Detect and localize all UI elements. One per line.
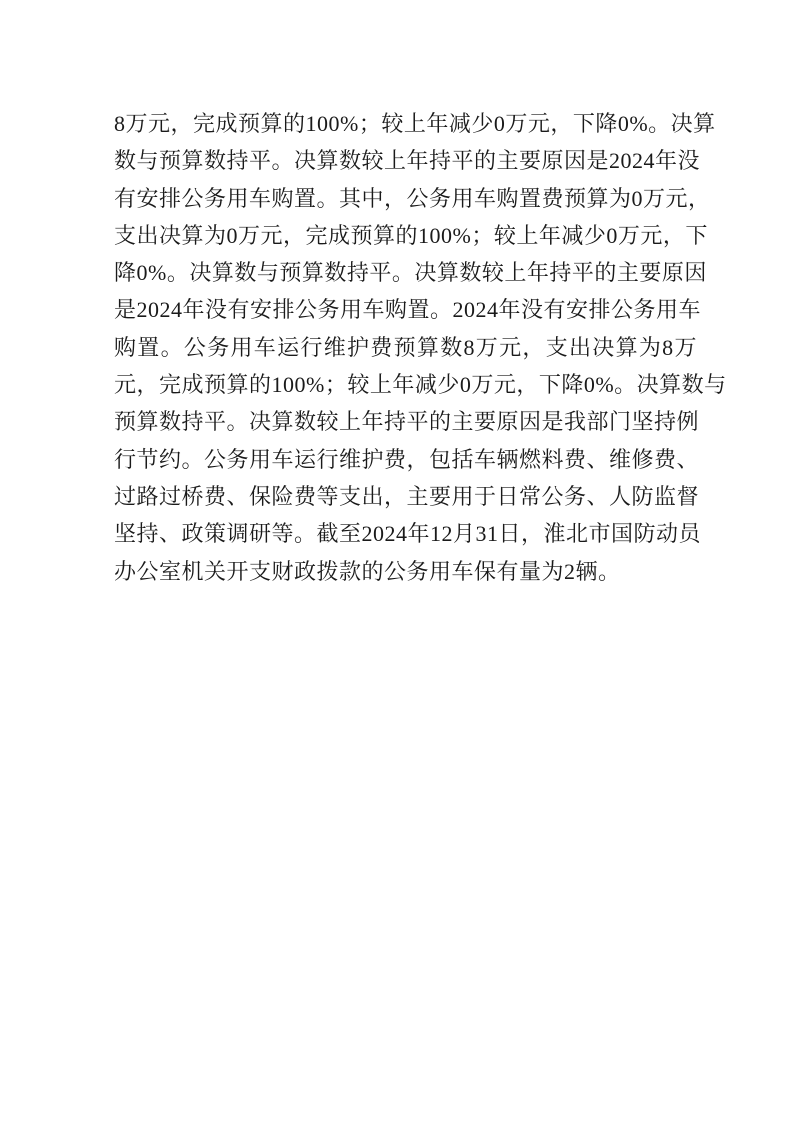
text-line: 行节约。公务用车运行维护费，包括车辆燃料费、维修费、	[114, 441, 697, 478]
text-line: 8万元，完成预算的100%；较上年减少0万元，下降0%。决算	[114, 105, 697, 142]
text-line: 有安排公务用车购置。其中，公务用车购置费预算为0万元，	[114, 180, 697, 217]
text-line: 过路过桥费、保险费等支出，主要用于日常公务、人防监督	[114, 478, 697, 515]
text-line: 预算数持平。决算数较上年持平的主要原因是我部门坚持例	[114, 403, 697, 440]
document-page: 8万元，完成预算的100%；较上年减少0万元，下降0%。决算数与预算数持平。决算…	[0, 0, 793, 1122]
body-paragraph: 8万元，完成预算的100%；较上年减少0万元，下降0%。决算数与预算数持平。决算…	[114, 105, 697, 590]
text-line: 降0%。决算数与预算数持平。决算数较上年持平的主要原因	[114, 254, 697, 291]
text-line: 购置。公务用车运行维护费预算数8万元，支出决算为8万	[114, 329, 697, 366]
text-line: 支出决算为0万元，完成预算的100%；较上年减少0万元，下	[114, 217, 697, 254]
text-line: 坚持、政策调研等。截至2024年12月31日，淮北市国防动员	[114, 515, 697, 552]
text-line: 元，完成预算的100%；较上年减少0万元，下降0%。决算数与	[114, 366, 697, 403]
text-line: 办公室机关开支财政拨款的公务用车保有量为2辆。	[114, 553, 697, 590]
text-line: 数与预算数持平。决算数较上年持平的主要原因是2024年没	[114, 142, 697, 179]
text-line: 是2024年没有安排公务用车购置。2024年没有安排公务用车	[114, 291, 697, 328]
